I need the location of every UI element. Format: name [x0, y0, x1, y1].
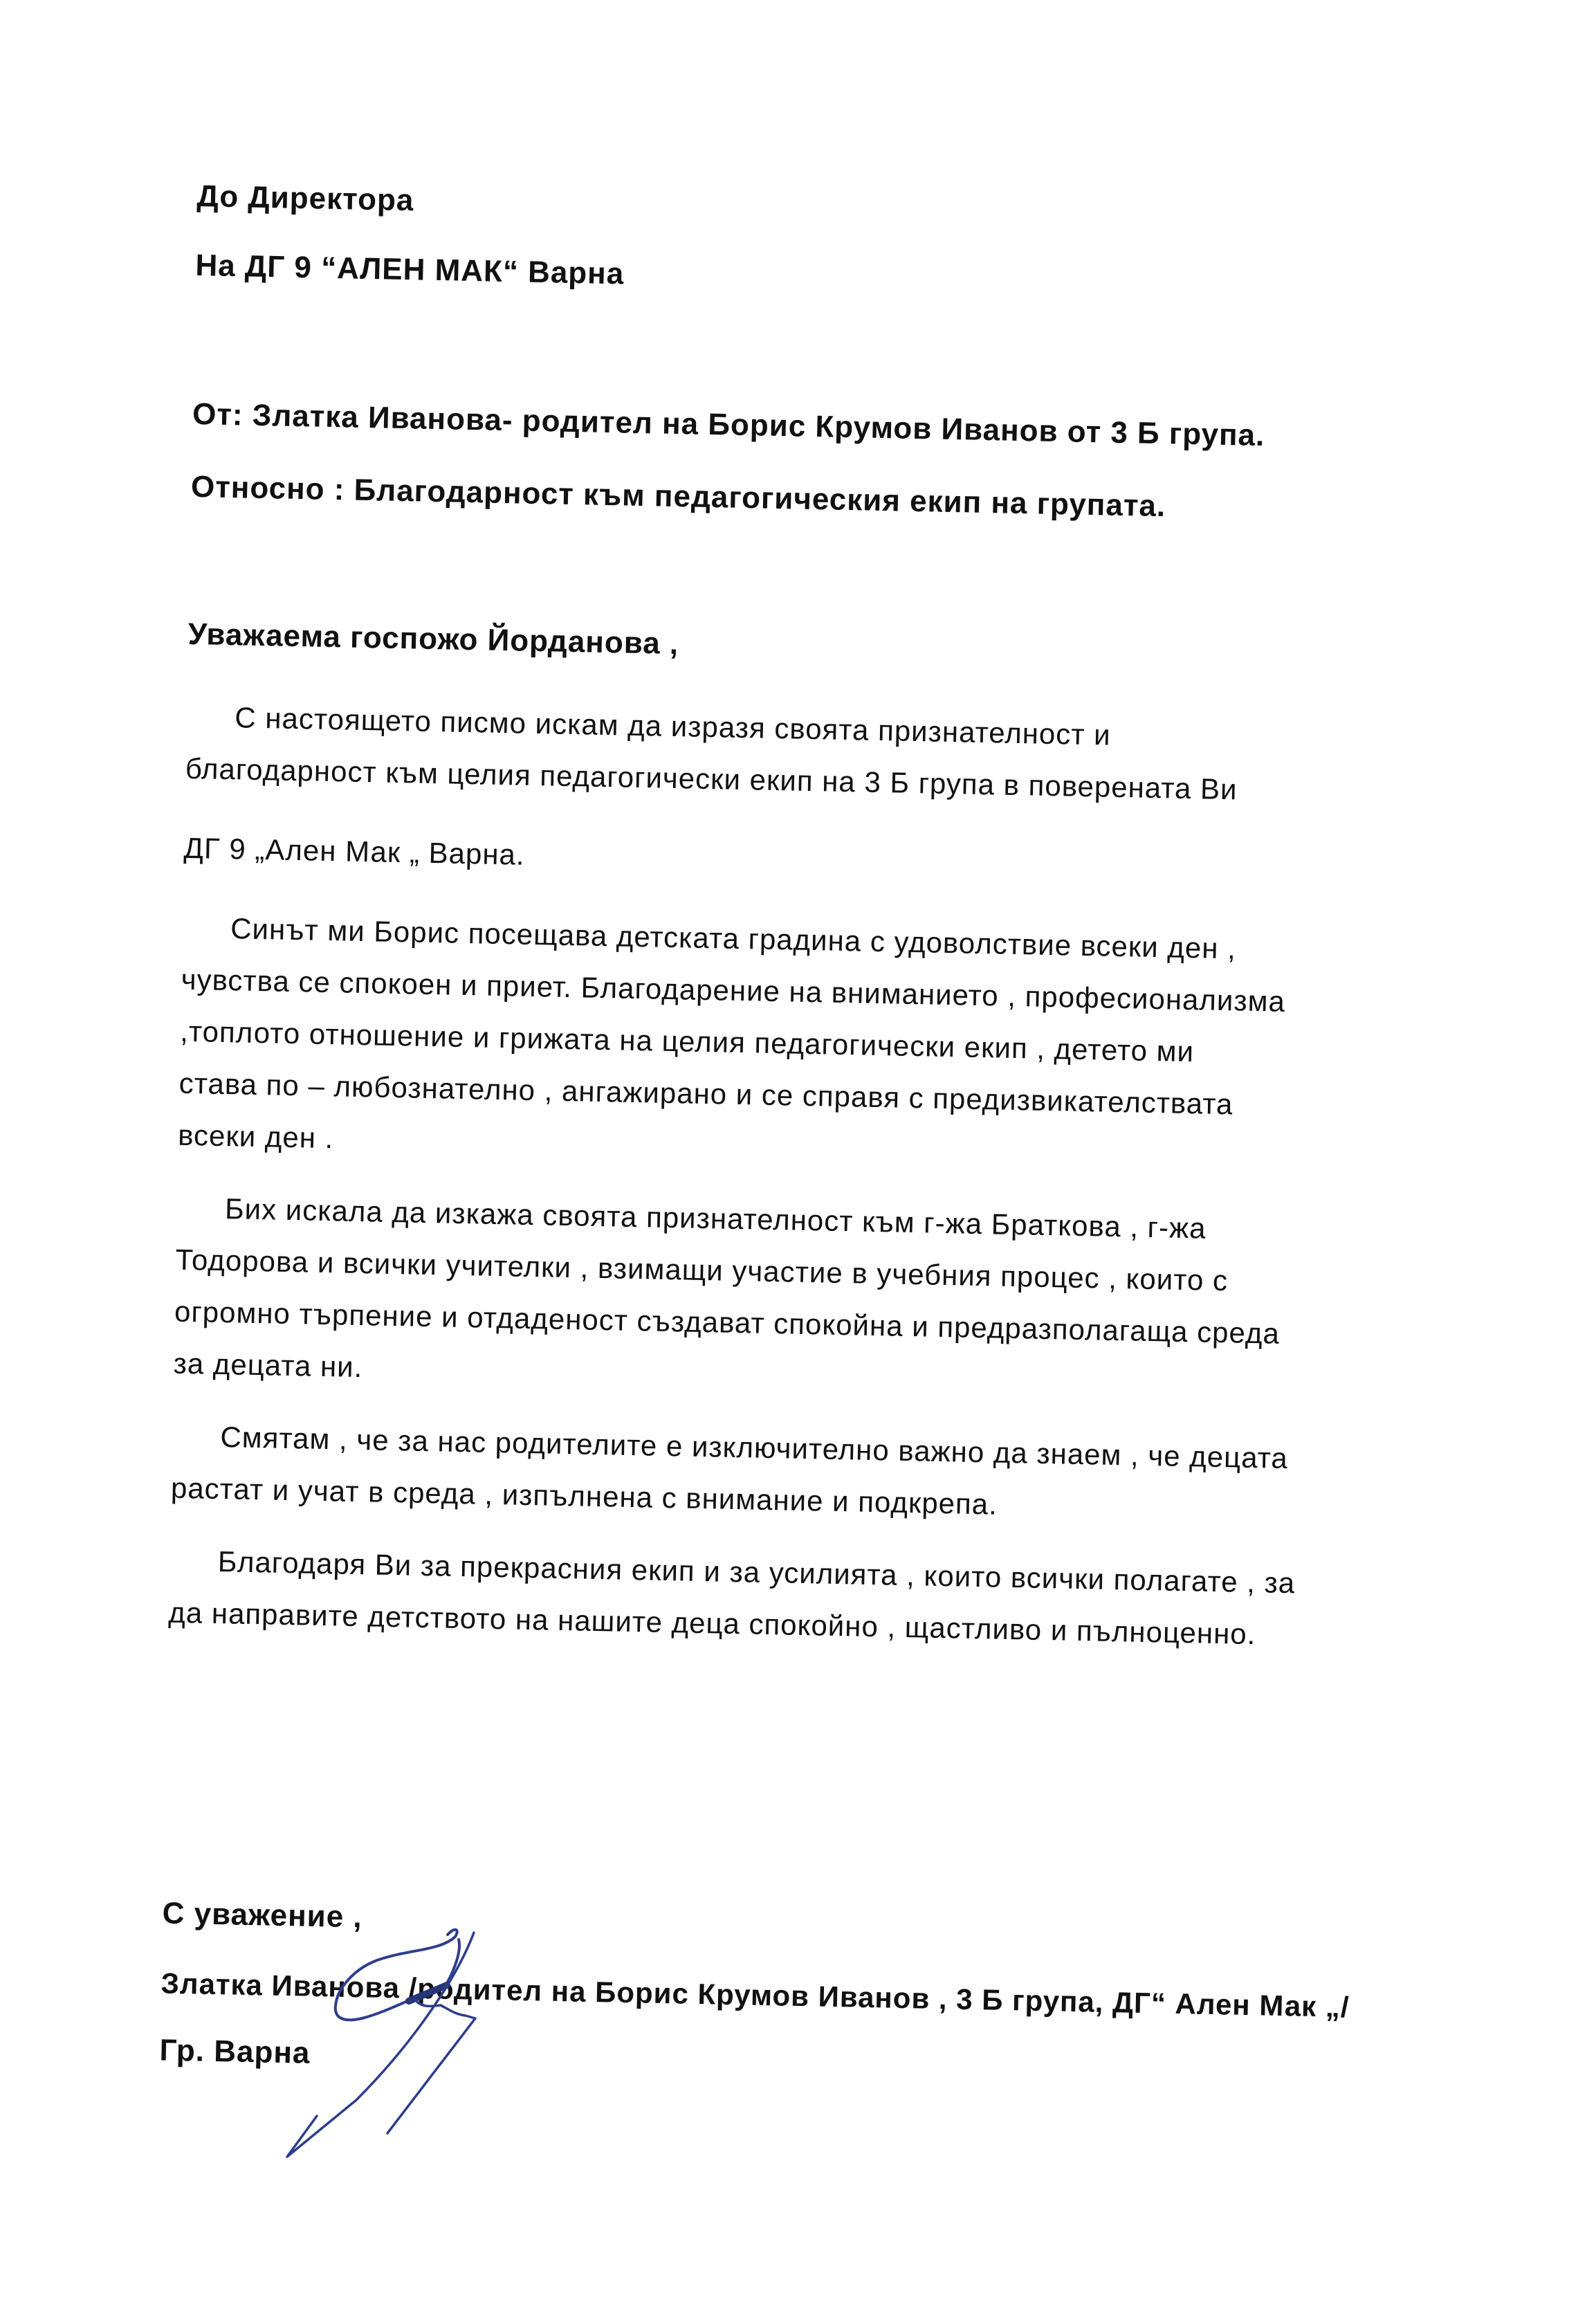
letter-paragraph: Синът ми Борис посещава детската градина… — [178, 902, 1511, 1187]
letter-text-line: ДГ 9 „Ален Мак „ Варна. — [183, 822, 1512, 901]
letter-paragraph: С настоящето писмо искам да изразя своят… — [183, 691, 1515, 900]
signature-diagonal-stroke — [287, 1933, 474, 2157]
letter-paragraph: Благодаря Ви за прекрасния екип и за уси… — [168, 1535, 1498, 1665]
from-line: От: Златка Иванова- родител на Борис Кру… — [192, 396, 1521, 459]
subject-line: Относно : Благодарност към педагогически… — [191, 469, 1520, 532]
signature-zigzag-stroke — [387, 2000, 475, 2133]
recipient-line-2: На ДГ 9 “АЛЕН МАК“ Варна — [195, 248, 1524, 311]
letter-body: До Директора На ДГ 9 “АЛЕН МАК“ Варна От… — [159, 179, 1525, 2095]
scanned-letter-page: До Директора На ДГ 9 “АЛЕН МАК“ Варна От… — [0, 0, 1596, 2300]
recipient-line-1: До Директора — [196, 179, 1525, 241]
letter-paragraph: Смятам , че за нас родителите е изключит… — [170, 1410, 1501, 1541]
letter-paragraph: Бих искала да изкажа своята признателнос… — [173, 1182, 1505, 1416]
handwritten-signature — [273, 1913, 502, 2176]
salutation-line: Уважаема госпожо Йорданова , — [187, 617, 1516, 679]
letter-paragraphs: С настоящето писмо искам да изразя своят… — [168, 691, 1515, 1665]
